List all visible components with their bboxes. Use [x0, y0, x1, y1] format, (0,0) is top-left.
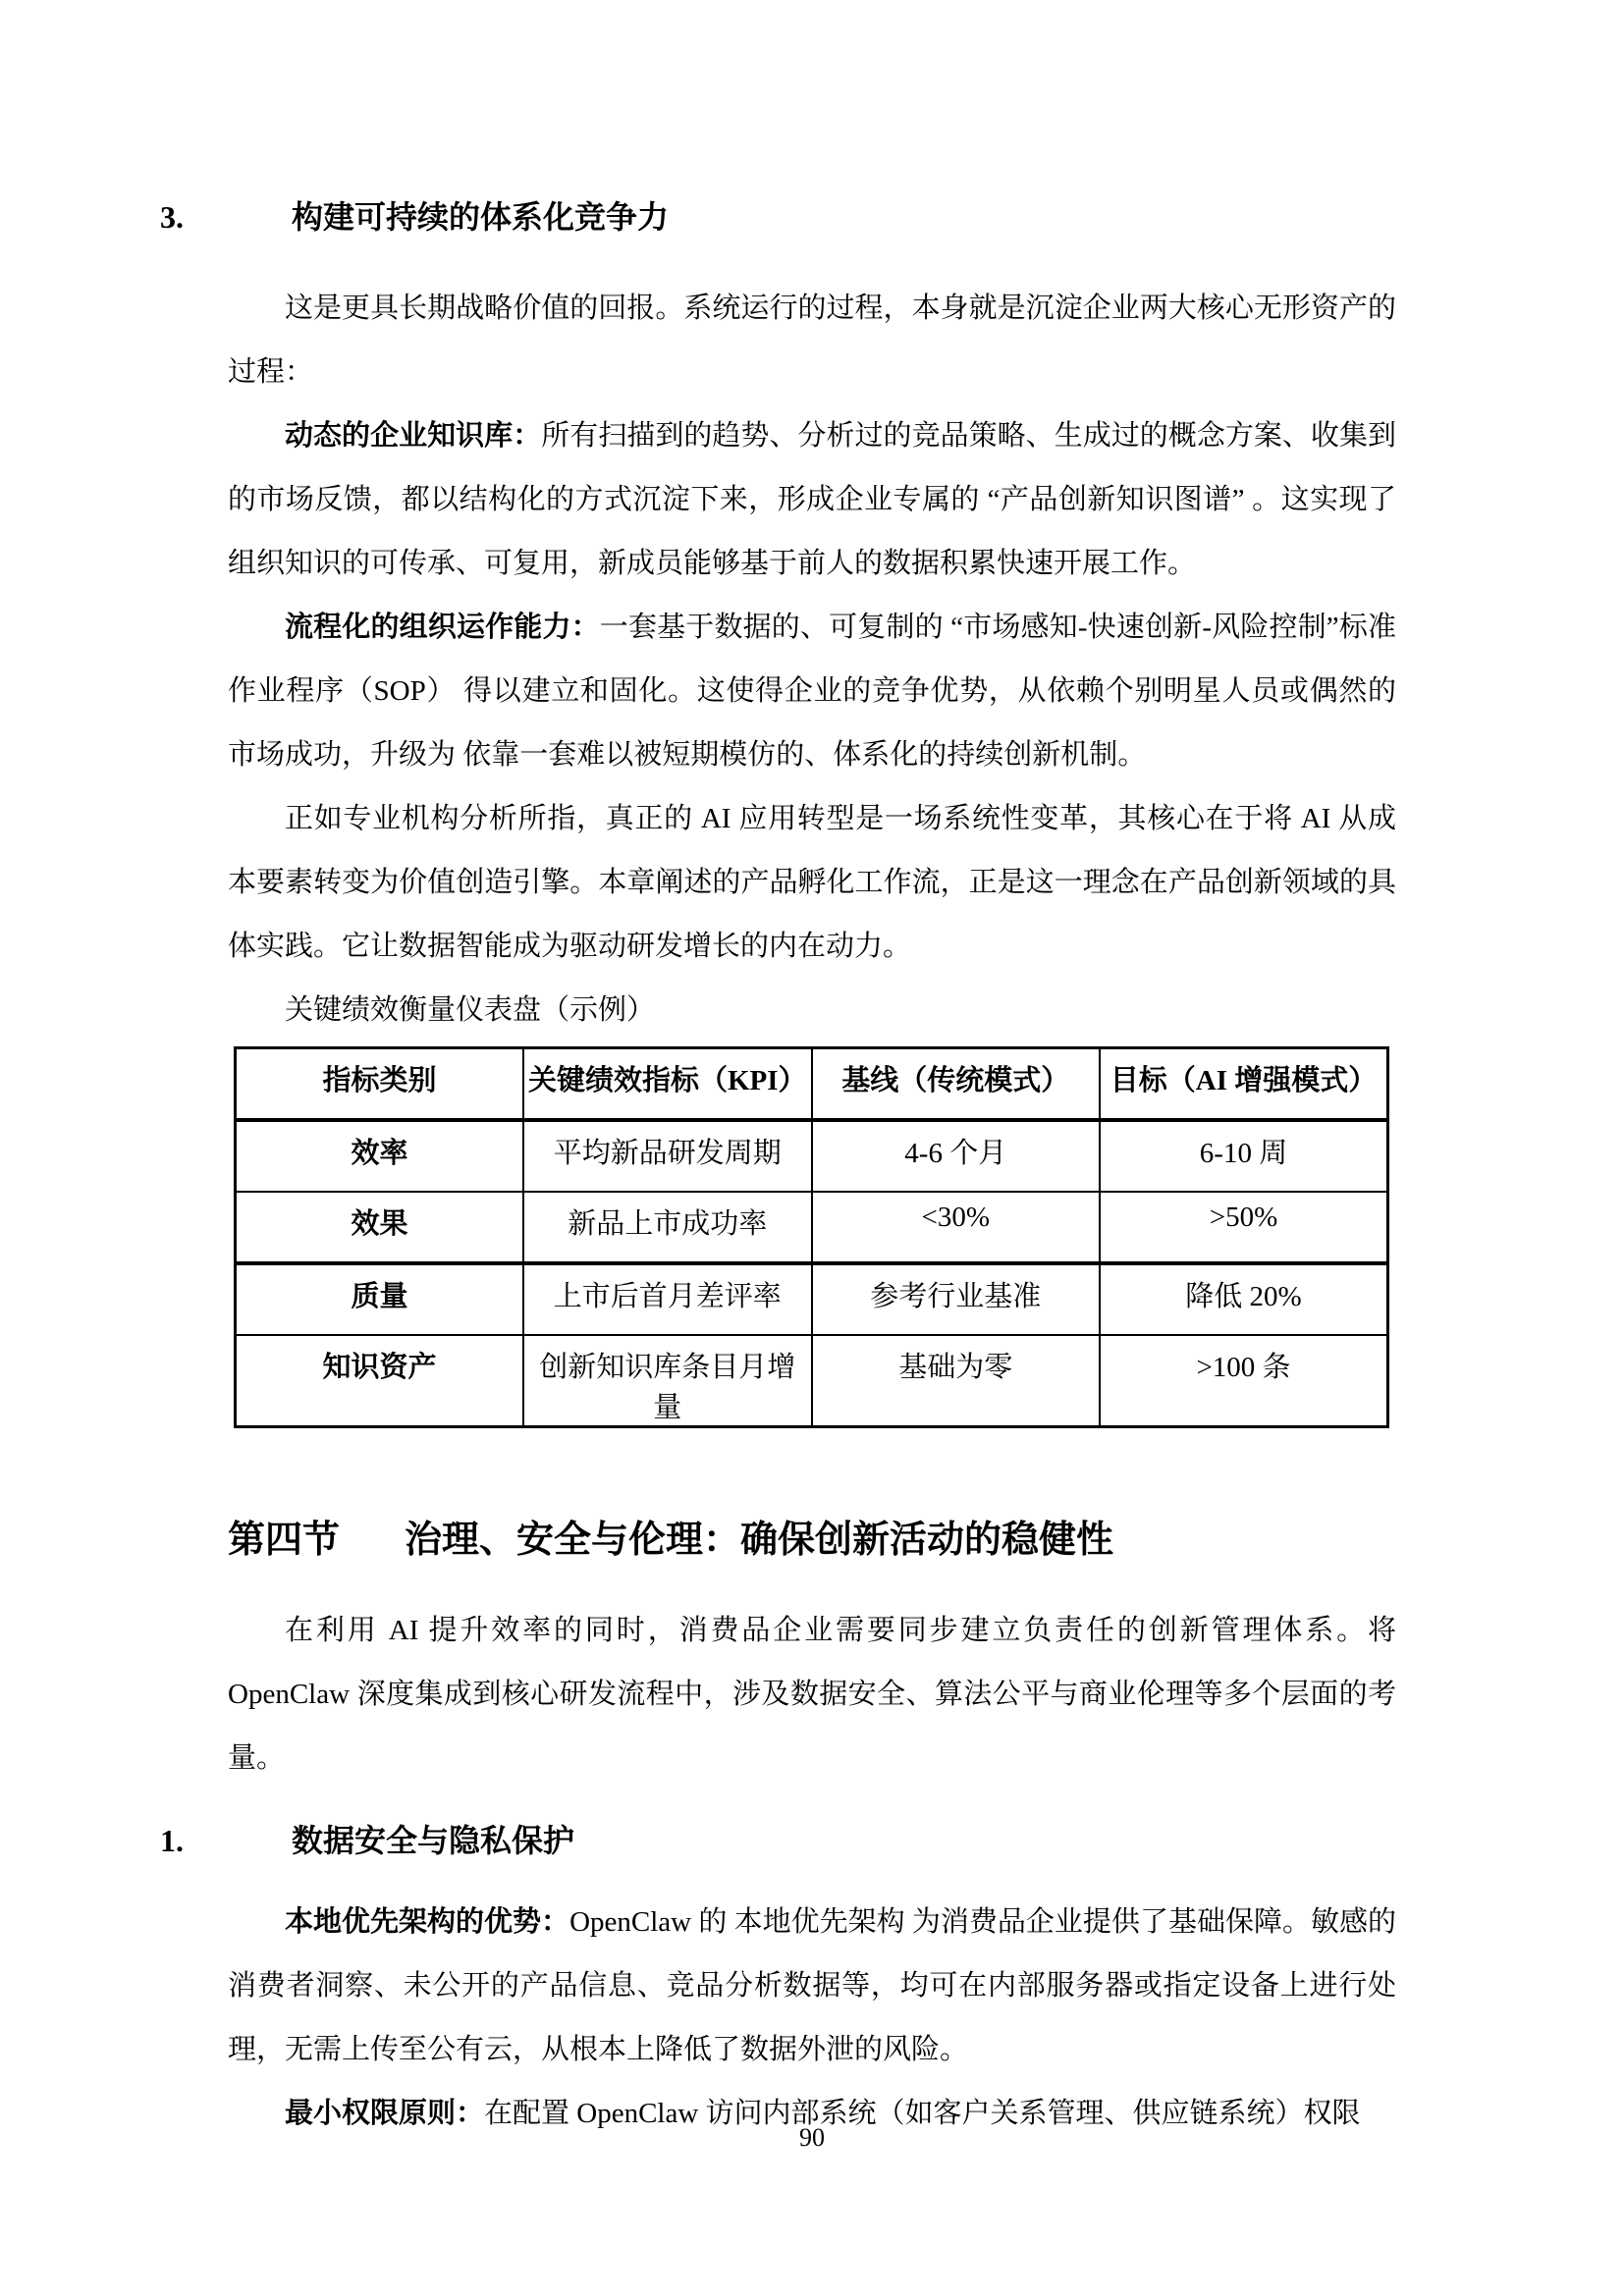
section-heading-3: 3.构建可持续的体系化竞争力: [228, 194, 1396, 240]
kpi-table-header-row: 指标类别 关键绩效指标（KPI） 基线（传统模式） 目标（AI 增强模式）: [236, 1048, 1388, 1121]
cell-target: 6-10 周: [1100, 1120, 1388, 1192]
section-heading-4-number: 第四节: [228, 1513, 405, 1568]
section-heading-4: 第四节治理、安全与伦理：确保创新活动的稳健性: [228, 1513, 1396, 1568]
cell-target: 降低 20%: [1100, 1263, 1388, 1335]
cell-baseline: 基础为零: [812, 1335, 1101, 1427]
section-heading-4-title: 治理、安全与伦理：确保创新活动的稳健性: [405, 1520, 1113, 1561]
col-header-category: 指标类别: [236, 1048, 524, 1121]
col-header-kpi: 关键绩效指标（KPI）: [523, 1048, 812, 1121]
table-caption: 关键绩效衡量仪表盘（示例）: [228, 979, 1396, 1042]
paragraph-process-capability: 流程化的组织运作能力：一套基于数据的、可复制的 “市场感知-快速创新-风险控制”…: [228, 596, 1396, 787]
cell-kpi: 上市后首月差评率: [523, 1263, 812, 1335]
cell-target: >50%: [1100, 1192, 1388, 1263]
paragraph-governance-intro: 在利用 AI 提升效率的同时，消费品企业需要同步建立负责任的创新管理体系。将 O…: [228, 1599, 1396, 1790]
section-heading-3-title: 构建可持续的体系化竞争力: [292, 199, 669, 235]
cell-baseline: 4-6 个月: [812, 1120, 1101, 1192]
cell-baseline: 参考行业基准: [812, 1263, 1101, 1335]
paragraph-knowledge-base: 动态的企业知识库：所有扫描到的趋势、分析过的竞品策略、生成过的概念方案、收集到的…: [228, 404, 1396, 596]
paragraph-process-capability-lead: 流程化的组织运作能力：: [285, 612, 600, 643]
paragraph-local-first: 本地优先架构的优势：OpenClaw 的 本地优先架构 为消费品企业提供了基础保…: [228, 1891, 1396, 2082]
paragraph-local-first-lead: 本地优先架构的优势：: [285, 1906, 569, 1938]
table-row: 效率 平均新品研发周期 4-6 个月 6-10 周: [236, 1120, 1388, 1192]
section-heading-3-number: 3.: [160, 194, 292, 240]
subsection-heading-1: 1.数据安全与隐私保护: [228, 1818, 1396, 1863]
cell-category: 质量: [236, 1263, 524, 1335]
page-number: 90: [0, 2123, 1624, 2153]
paragraph-ai-transformation: 正如专业机构分析所指，真正的 AI 应用转型是一场系统性变革，其核心在于将 AI…: [228, 787, 1396, 979]
col-header-baseline: 基线（传统模式）: [812, 1048, 1101, 1121]
paragraph-knowledge-base-lead: 动态的企业知识库：: [285, 420, 541, 452]
paragraph-intro: 这是更具长期战略价值的回报。系统运行的过程，本身就是沉淀企业两大核心无形资产的过…: [228, 277, 1396, 404]
subsection-heading-1-number: 1.: [160, 1818, 292, 1863]
cell-category: 效果: [236, 1192, 524, 1263]
table-row: 质量 上市后首月差评率 参考行业基准 降低 20%: [236, 1263, 1388, 1335]
kpi-table: 指标类别 关键绩效指标（KPI） 基线（传统模式） 目标（AI 增强模式） 效率…: [234, 1046, 1389, 1428]
subsection-heading-1-title: 数据安全与隐私保护: [292, 1823, 574, 1858]
cell-category: 效率: [236, 1120, 524, 1192]
table-row: 知识资产 创新知识库条目月增量 基础为零 >100 条: [236, 1335, 1388, 1427]
col-header-target: 目标（AI 增强模式）: [1100, 1048, 1388, 1121]
cell-kpi: 创新知识库条目月增量: [523, 1335, 812, 1427]
cell-kpi: 平均新品研发周期: [523, 1120, 812, 1192]
cell-kpi: 新品上市成功率: [523, 1192, 812, 1263]
cell-category: 知识资产: [236, 1335, 524, 1427]
cell-baseline: <30%: [812, 1192, 1101, 1263]
table-row: 效果 新品上市成功率 <30% >50%: [236, 1192, 1388, 1263]
cell-target: >100 条: [1100, 1335, 1388, 1427]
document-page: 3.构建可持续的体系化竞争力 这是更具长期战略价值的回报。系统运行的过程，本身就…: [0, 0, 1624, 2296]
